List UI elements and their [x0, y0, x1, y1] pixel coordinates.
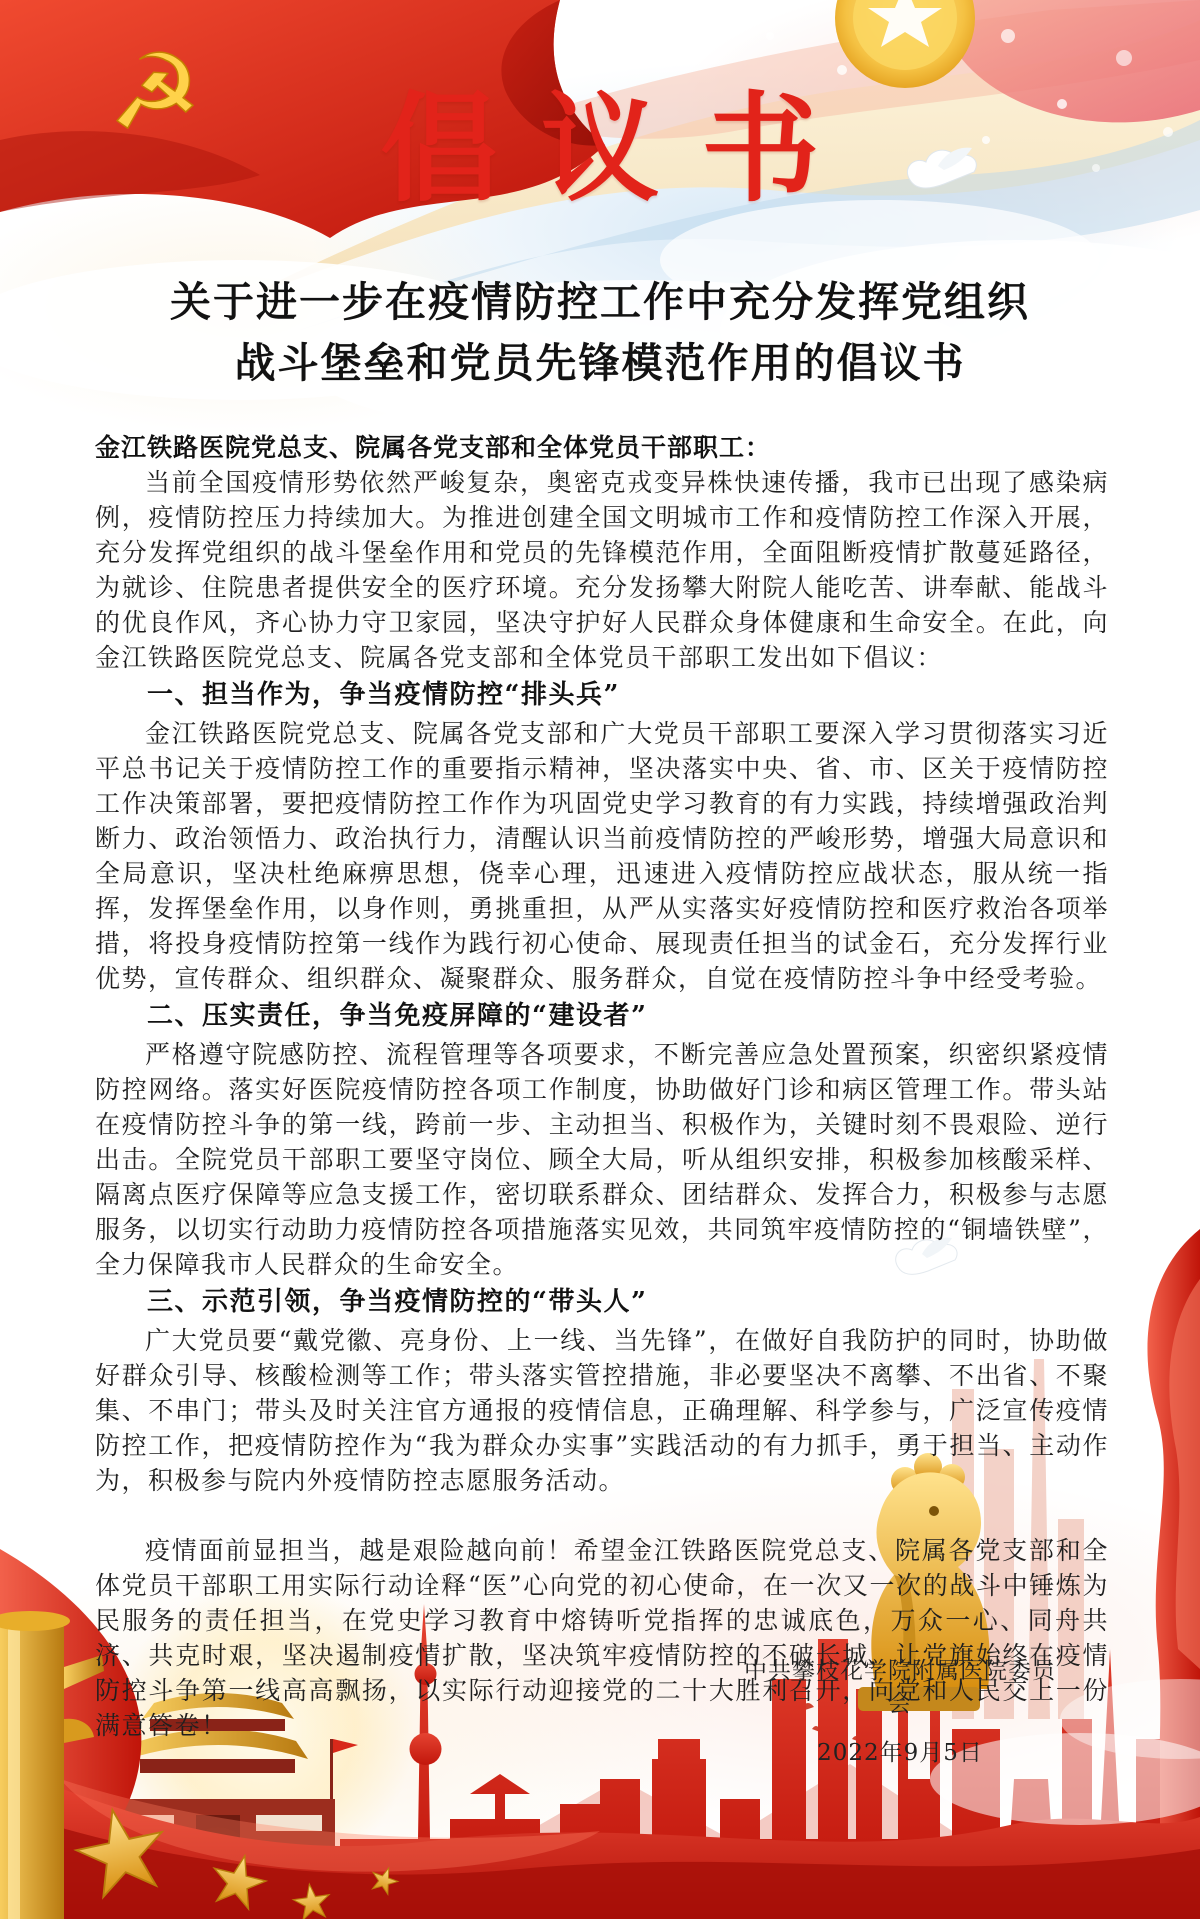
document-body: 金江铁路医院党总支、院属各党支部和全体党员干部职工： 当前全国疫情形势依然严峻复… [95, 430, 1109, 1743]
subtitle-line-1: 关于进一步在疫情防控工作中充分发挥党组织 [0, 272, 1200, 333]
signature-organization: 中共攀枝花学院附属医院委员会 [740, 1652, 1060, 1718]
document-subtitle: 关于进一步在疫情防控工作中充分发挥党组织 战斗堡垒和党员先锋模范作用的倡议书 [0, 272, 1200, 394]
section-heading: 二、压实责任，争当免疫屏障的“建设者” [95, 999, 1109, 1034]
poster-page: ☭ 倡议书 关于进一步在疫情防控工作中充分发挥党 [0, 0, 1200, 1919]
signature-date: 2022年9月5日 [740, 1734, 1060, 1767]
body-paragraph: 当前全国疫情形势依然严峻复杂，奥密克戎变异株快速传播，我市已出现了感染病例，疫情… [95, 465, 1109, 675]
body-paragraph: 金江铁路医院党总支、院属各党支部和广大党员干部职工要深入学习贯彻落实习近平总书记… [95, 716, 1109, 996]
subtitle-line-2: 战斗堡垒和党员先锋模范作用的倡议书 [0, 333, 1200, 394]
salutation: 金江铁路医院党总支、院属各党支部和全体党员干部职工： [95, 430, 1109, 465]
section-heading: 三、示范引领，争当疫情防控的“带头人” [95, 1285, 1109, 1320]
section-heading: 一、担当作为，争当疫情防控“排头兵” [95, 678, 1109, 713]
signature-block: 中共攀枝花学院附属医院委员会 2022年9月5日 [740, 1652, 1060, 1767]
body-paragraph: 广大党员要“戴党徽、亮身份、上一线、当先锋”，在做好自我防护的同时，协助做好群众… [95, 1323, 1109, 1498]
page-title: 倡议书 [0, 76, 1200, 224]
body-paragraph: 严格遵守院感防控、流程管理等各项要求，不断完善应急处置预案，织密织紧疫情防控网络… [95, 1037, 1109, 1282]
body-blocks: 当前全国疫情形势依然严峻复杂，奥密克戎变异株快速传播，我市已出现了感染病例，疫情… [95, 465, 1109, 1743]
